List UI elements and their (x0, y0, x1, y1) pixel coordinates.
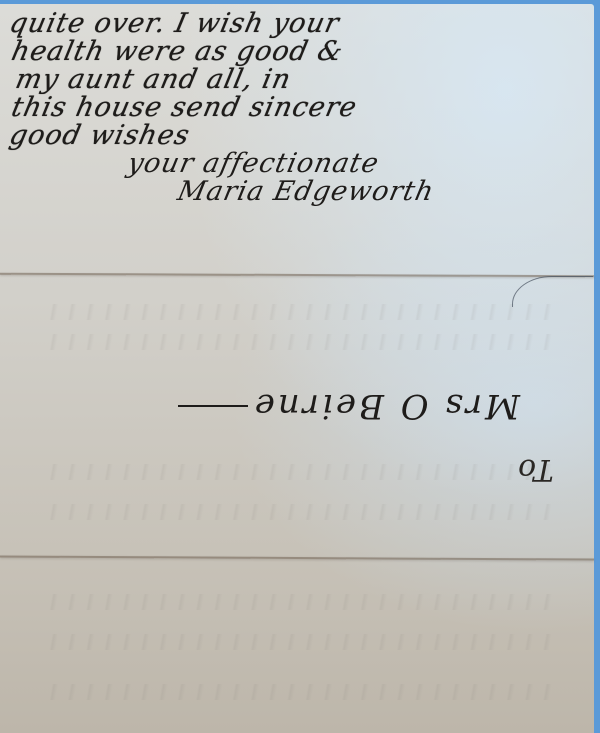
letter-closing: your affectionate (7, 150, 593, 178)
fold-line (0, 273, 594, 278)
letter-signature: Maria Edgeworth (7, 178, 593, 206)
address-flourish (178, 405, 248, 407)
ink-bleed-through (40, 334, 560, 350)
address-prefix: To (518, 452, 554, 487)
letter-line: good wishes (7, 122, 593, 150)
letter-paper: quite over. I wish your health were as g… (0, 4, 594, 733)
ink-bleed-through (40, 304, 560, 320)
letter-line: quite over. I wish your (7, 10, 593, 38)
letter-line: this house send sincere (7, 94, 593, 122)
ink-bleed-through (40, 594, 560, 610)
ink-bleed-through (40, 684, 560, 700)
letter-line: health were as good & (7, 38, 593, 66)
fold-line (0, 555, 594, 560)
letter-body: quite over. I wish your health were as g… (10, 10, 590, 206)
ink-bleed-through (40, 504, 560, 520)
address-recipient: Mrs O Beirne (252, 386, 520, 426)
paper-tear (512, 276, 593, 307)
letter-line: my aunt and all, in (7, 66, 593, 94)
address-block: Mrs O Beirne (100, 386, 520, 426)
letter-photograph: quite over. I wish your health were as g… (0, 0, 600, 733)
ink-bleed-through (40, 634, 560, 650)
ink-bleed-through (40, 464, 560, 480)
